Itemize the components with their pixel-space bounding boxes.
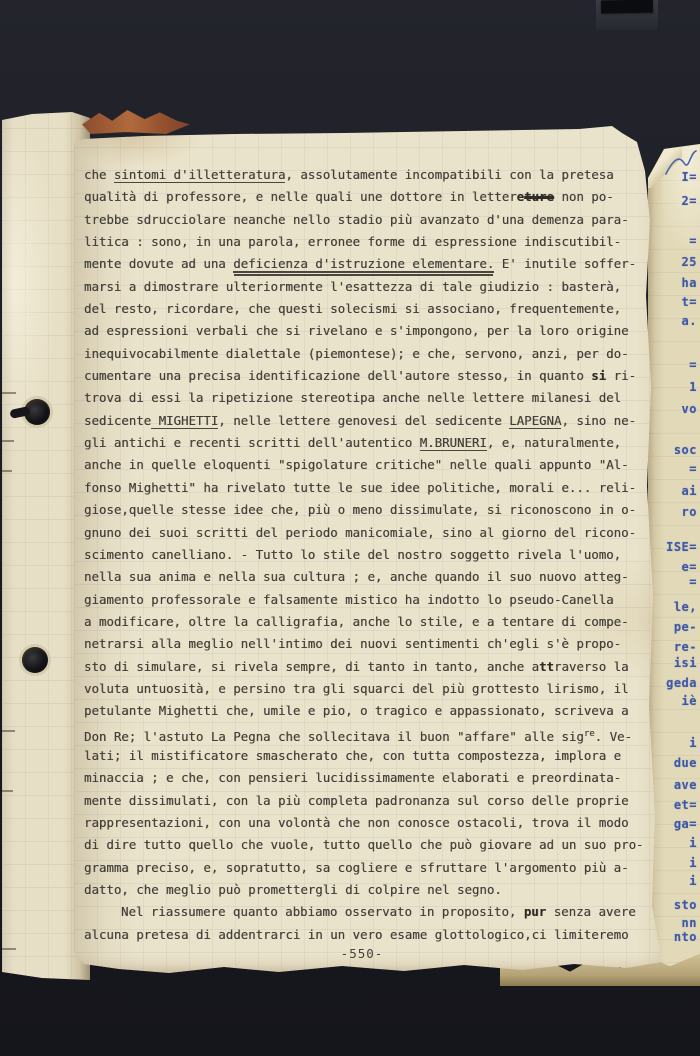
text-line: marsi a dimostrare ulteriormente l'esatt…: [84, 276, 660, 298]
margin-fragment: ro: [682, 505, 697, 519]
next-page-edge: I=2==25hat=a.=1vosoc=airoISE=e==le,pe-re…: [648, 144, 700, 986]
margin-fragment: geda: [666, 676, 697, 690]
margin-fragment: nto: [674, 930, 697, 944]
text-line: trova di essi la ripetizione stereotipa …: [84, 387, 660, 409]
text-line: giamento professorale e falsamente misti…: [84, 589, 660, 611]
text-line: gnuno dei suoi scritti del periodo manic…: [84, 522, 660, 544]
text-line: mente dissimulati, con la più completa p…: [84, 790, 660, 812]
text-line: di dire tutto quello che vuole, tutto qu…: [84, 834, 660, 856]
margin-fragment: ga=: [674, 817, 697, 831]
text-line: Don Re; l'astuto La Pegna che sollecitav…: [84, 723, 660, 745]
text-line: alcuna pretesa di addentrarci in un vero…: [84, 924, 660, 946]
hole-punch-top: [24, 399, 50, 425]
text-line: Nel riassumere quanto abbiamo osservato …: [84, 901, 660, 923]
text-line: mente dovute ad una deficienza d'istruzi…: [84, 253, 660, 275]
text-line: del resto, ricordare, che questi solecis…: [84, 298, 660, 320]
margin-fragment: i: [689, 856, 697, 870]
text-line: fonso Mighetti" ha rivelato tutte le sue…: [84, 477, 660, 499]
ruling-mark: [2, 730, 15, 732]
text-line: inequivocabilmente dialettale (piemontes…: [84, 343, 660, 365]
margin-fragment: =: [689, 358, 697, 372]
document-page: che sintomi d'illetteratura, assolutamen…: [74, 126, 662, 976]
tape-label: [596, 0, 658, 30]
text-line: lati; il mistificatore smascherato che, …: [84, 745, 660, 767]
margin-fragment: e=: [682, 560, 697, 574]
margin-fragment: iè: [682, 694, 697, 708]
margin-fragment: I=: [682, 170, 697, 184]
ruling-mark: [2, 790, 13, 792]
ruling-mark: [2, 470, 12, 472]
margin-fragment: t=: [682, 295, 697, 309]
text-line: giose,quelle stesse idee che, più o meno…: [84, 499, 660, 521]
dark-label: [601, 0, 653, 13]
margin-fragment: 1: [689, 380, 697, 394]
margin-fragment: 2=: [682, 194, 697, 208]
margin-fragment: ha: [682, 276, 697, 290]
text-line: trebbe sdrucciolare neanche nello stadio…: [84, 209, 660, 231]
margin-fragment: =: [689, 234, 697, 248]
hole-punch-bottom: [22, 647, 48, 673]
margin-fragment: ave: [674, 778, 697, 792]
margin-fragment: le,: [674, 600, 697, 614]
ruling-mark: [2, 392, 16, 394]
margin-fragment: 25: [682, 255, 697, 269]
text-line: netrarsi alla meglio nell'intimo dei nuo…: [84, 633, 660, 655]
document-text: che sintomi d'illetteratura, assolutamen…: [84, 164, 660, 946]
margin-fragment: re-: [674, 640, 697, 654]
text-line: petulante Mighetti che, umile e pio, o t…: [84, 700, 660, 722]
text-line: scimento canelliano. - Tutto lo stile de…: [84, 544, 660, 566]
photo-of-document: { "colors":{ "background":"#1b1c22", "pa…: [0, 0, 700, 1056]
margin-fragment: a.: [682, 314, 697, 328]
text-line: sedicente MIGHETTI, nelle lettere genove…: [84, 410, 660, 432]
text-line: qualità di professore, e nelle quali une…: [84, 186, 660, 208]
margin-fragment: nn: [682, 916, 697, 930]
text-line: sto di simulare, si rivela sempre, di ta…: [84, 656, 660, 678]
torn-binding-fragment: [82, 110, 190, 134]
text-line: voluta untuosità, e persino tra gli squa…: [84, 678, 660, 700]
margin-fragment: i: [689, 836, 697, 850]
ruling-mark: [2, 440, 14, 442]
text-line: litica : sono, in una parola, erronee fo…: [84, 231, 660, 253]
text-line: a modificare, oltre la calligrafia, anch…: [84, 611, 660, 633]
margin-fragment: ai: [682, 484, 697, 498]
margin-fragment: vo: [682, 402, 697, 416]
ruling-mark: [2, 948, 16, 950]
text-line: datto, che meglio può promettergli di co…: [84, 879, 660, 901]
text-line: cumentare una precisa identificazione de…: [84, 365, 660, 387]
margin-fragment: =: [689, 462, 697, 476]
text-line: che sintomi d'illetteratura, assolutamen…: [84, 164, 660, 186]
margin-fragment: soc: [674, 443, 697, 457]
text-line: ad espressioni verbali che si rivelano e…: [84, 320, 660, 342]
margin-fragment: ISE=: [666, 540, 697, 554]
text-line: minaccia ; e che, con pensieri lucidissi…: [84, 767, 660, 789]
margin-fragment: i: [689, 736, 697, 750]
text-line: nella sua anima e nella sua cultura ; e,…: [84, 566, 660, 588]
text-line: gli antichi e recenti scritti dell'auten…: [84, 432, 660, 454]
margin-fragment: due: [674, 756, 697, 770]
margin-fragment: i: [689, 874, 697, 888]
text-line: rappresentazioni, con una volontà che no…: [84, 812, 660, 834]
margin-fragment: isi: [674, 656, 697, 670]
text-line: gramma preciso, e, sopratutto, sa coglie…: [84, 857, 660, 879]
text-line: anche in quelle eloquenti "spigolature c…: [84, 454, 660, 476]
margin-fragment: =: [689, 575, 697, 589]
margin-fragment: sto: [674, 898, 697, 912]
margin-fragment: et=: [674, 798, 697, 812]
page-number: -550-: [74, 946, 650, 961]
margin-fragment: pe-: [674, 620, 697, 634]
